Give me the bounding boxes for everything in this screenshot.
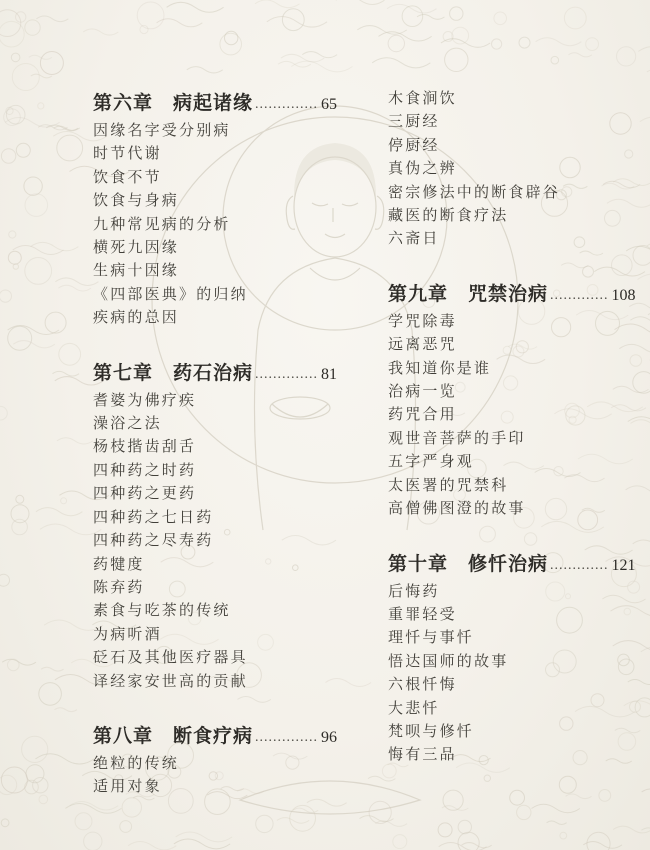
scroll-ornament: [24, 177, 42, 195]
scroll-ornament: [25, 20, 40, 35]
toc-item: 治病一览: [388, 381, 650, 404]
toc-item: 生病十因缘: [93, 260, 355, 283]
toc-item: 我知道你是谁: [388, 358, 650, 381]
scroll-ornament: [11, 53, 20, 62]
scroll-ornament: [128, 841, 176, 849]
toc-group: 第七章 药石治病..............81耆婆为佛疗疾澡浴之法杨枝揩齿刮舌…: [93, 358, 355, 694]
scroll-ornament: [452, 27, 469, 44]
toc-item: 九种常见病的分析: [93, 214, 355, 237]
scroll-ornament: [187, 67, 223, 73]
scroll-ornament: [517, 805, 531, 819]
scroll-ornament: [75, 813, 92, 830]
toc-item: 横死九因缘: [93, 237, 355, 260]
scroll-ornament: [564, 7, 586, 29]
scroll-ornament: [33, 778, 48, 793]
scroll-ornament: [307, 799, 347, 806]
toc-item: 大悲忏: [388, 698, 650, 721]
dot-leader: ..............: [255, 367, 318, 383]
toc-item: 药犍度: [93, 554, 355, 577]
toc-item: 后悔药: [388, 581, 650, 604]
toc-item: 太医署的咒禁科: [388, 475, 650, 498]
toc-item: 梵呗与修忏: [388, 721, 650, 744]
dot-leader: .............: [550, 288, 609, 304]
scroll-ornament: [122, 798, 141, 817]
scroll-ornament: [551, 56, 559, 64]
scroll-ornament: [441, 39, 490, 48]
scroll-ornament: [302, 52, 337, 58]
scroll-ornament: [599, 790, 611, 802]
toc-item: 译经家安世高的贡献: [93, 671, 355, 694]
scroll-ornament: [83, 29, 118, 35]
chapter-heading: 第六章 病起诸缘..............65: [93, 88, 355, 115]
toc-item: 远离恶咒: [388, 334, 650, 357]
scroll-ornament: [41, 667, 63, 671]
toc-item: 为病听酒: [93, 624, 355, 647]
scroll-ornament: [547, 821, 567, 825]
toc-group: 木食涧饮三厨经停厨经真伪之辨密宗修法中的断食辟谷藏医的断食疗法六斋日: [388, 88, 650, 252]
toc-item: 悟达国师的故事: [388, 651, 650, 674]
scroll-ornament: [438, 823, 452, 837]
scroll-ornament: [569, 53, 592, 57]
scroll-ornament: [36, 16, 68, 22]
scroll-ornament: [450, 7, 463, 20]
scroll-ornament: [29, 55, 52, 59]
toc-item: 真伪之辨: [388, 158, 650, 181]
scroll-ornament: [8, 326, 32, 350]
scroll-ornament: [0, 290, 12, 302]
scroll-ornament: [388, 35, 404, 51]
scroll-ornament: [372, 58, 430, 68]
chapter-title: 第九章 咒禁治病: [388, 279, 548, 306]
toc-item: 观世音菩萨的手印: [388, 428, 650, 451]
scroll-ornament: [256, 815, 273, 832]
scroll-ornament: [1, 149, 15, 163]
toc-item: 藏医的断食疗法: [388, 205, 650, 228]
scroll-ornament: [36, 508, 82, 516]
toc-column-right: 木食涧饮三厨经停厨经真伪之辨密宗修法中的断食辟谷藏医的断食疗法六斋日第九章 咒禁…: [388, 88, 650, 768]
scroll-ornament: [277, 818, 309, 824]
scroll-ornament: [1, 819, 9, 827]
chapter-title: 第十章 修忏治病: [388, 549, 548, 576]
chapter-title: 第六章 病起诸缘: [93, 88, 253, 115]
toc-item: 学咒除毒: [388, 311, 650, 334]
scroll-ornament: [613, 826, 650, 833]
scroll-ornament: [281, 54, 324, 62]
toc-item: 陈弃药: [93, 577, 355, 600]
scroll-ornament: [255, 0, 300, 8]
chapter-page-number: 121: [612, 557, 636, 575]
toc-item: 适用对象: [93, 776, 355, 799]
scroll-ornament: [8, 251, 21, 264]
toc-item: 药咒合用: [388, 404, 650, 427]
scroll-ornament: [638, 47, 650, 57]
toc-item: 耆婆为佛疗疾: [93, 390, 355, 413]
scroll-ornament: [484, 775, 490, 781]
scroll-ornament: [360, 816, 394, 822]
toc-item: 理忏与事忏: [388, 627, 650, 650]
scroll-ornament: [45, 312, 66, 333]
toc-item: 三厨经: [388, 111, 650, 134]
toc-item: 澡浴之法: [93, 413, 355, 436]
scroll-ornament: [25, 194, 48, 217]
toc-item: 因缘名字受分别病: [93, 120, 355, 143]
scroll-ornament: [39, 683, 62, 706]
chapter-heading: 第七章 药石治病..............81: [93, 358, 355, 385]
scroll-ornament: [617, 47, 636, 66]
scroll-ornament: [31, 74, 52, 78]
scroll-ornament: [55, 708, 77, 712]
scroll-ornament: [12, 64, 39, 91]
scroll-ornament: [536, 38, 582, 46]
scroll-ornament: [220, 33, 242, 55]
toc-item: 密宗修法中的断食辟谷: [388, 182, 650, 205]
scroll-ornament: [25, 258, 52, 285]
scroll-ornament: [22, 736, 48, 762]
scroll-ornament: [559, 776, 576, 793]
toc-item: 绝粒的传统: [93, 753, 355, 776]
scroll-ornament: [494, 12, 507, 25]
scroll-ornament: [368, 776, 395, 781]
dot-leader: ..............: [255, 97, 318, 113]
scroll-ornament: [84, 832, 102, 850]
chapter-page-number: 81: [321, 366, 337, 384]
chapter-page-number: 65: [321, 96, 337, 114]
toc-item: 五字严身观: [388, 451, 650, 474]
chapter-heading: 第九章 咒禁治病.............108: [388, 279, 650, 306]
scroll-ornament: [336, 0, 385, 4]
toc-item: 素食与吃茶的传统: [93, 600, 355, 623]
toc-item: 疾病的总因: [93, 307, 355, 330]
toc-item: 杨枝揩齿刮舌: [93, 436, 355, 459]
chapter-title: 第八章 断食疗病: [93, 721, 253, 748]
chapter-page-number: 108: [612, 287, 636, 305]
scroll-ornament: [458, 820, 471, 833]
toc-item: 高僧佛图澄的故事: [388, 498, 650, 521]
toc-item: 六斋日: [388, 228, 650, 251]
scroll-ornament: [445, 48, 468, 71]
scroll-ornament: [642, 789, 650, 795]
scroll-ornament: [11, 505, 29, 523]
scroll-ornament: [0, 574, 10, 586]
scroll-ornament: [16, 143, 30, 157]
toc-column-left: 第六章 病起诸缘..............65因缘名字受分别病时节代谢饮食不节…: [93, 88, 355, 800]
toc-item: 四种药之时药: [93, 460, 355, 483]
scroll-ornament: [532, 804, 580, 812]
toc-group: 第八章 断食疗病..............96绝粒的传统适用对象: [93, 721, 355, 800]
scroll-ornament: [510, 790, 525, 805]
scroll-ornament: [560, 832, 567, 839]
toc-item: 悔有三品: [388, 744, 650, 767]
toc-item: 饮食与身病: [93, 190, 355, 213]
scroll-ornament: [40, 52, 63, 75]
toc-item: 停厨经: [388, 135, 650, 158]
scroll-ornament: [379, 32, 432, 41]
scroll-ornament: [417, 14, 444, 19]
scroll-ornament: [519, 37, 530, 48]
dot-leader: .............: [550, 558, 609, 574]
scroll-ornament: [1, 767, 27, 793]
chapter-heading: 第十章 修忏治病.............121: [388, 549, 650, 576]
book-toc-page: { "page": { "type": "table-of-contents-s…: [0, 0, 650, 850]
toc-item: 饮食不节: [93, 167, 355, 190]
toc-item: 时节代谢: [93, 143, 355, 166]
chapter-page-number: 96: [321, 729, 337, 747]
scroll-ornament: [176, 832, 232, 842]
scroll-ornament: [583, 842, 622, 849]
toc-item: 四种药之尽寿药: [93, 530, 355, 553]
toc-group: 第十章 修忏治病.............121后悔药重罪轻受理忏与事忏悟达国师…: [388, 549, 650, 768]
scroll-ornament: [13, 264, 18, 269]
scroll-ornament: [38, 103, 44, 109]
toc-group: 第六章 病起诸缘..............65因缘名字受分别病时节代谢饮食不节…: [93, 88, 355, 331]
toc-item: 木食涧饮: [388, 88, 650, 111]
scroll-ornament: [267, 17, 327, 28]
scroll-ornament: [39, 795, 48, 804]
toc-item: 重罪轻受: [388, 604, 650, 627]
chapter-heading: 第八章 断食疗病..............96: [93, 721, 355, 748]
scroll-ornament: [458, 832, 479, 850]
toc-item: 《四部医典》的归纳: [93, 284, 355, 307]
toc-group: 第九章 咒禁治病.............108学咒除毒远离恶咒我知道你是谁治病…: [388, 279, 650, 522]
dot-leader: ..............: [255, 730, 318, 746]
scroll-ornament: [61, 498, 67, 504]
scroll-ornament: [120, 821, 132, 833]
scroll-ornament: [462, 843, 492, 848]
scroll-ornament: [12, 519, 28, 535]
scroll-ornament: [0, 406, 7, 420]
scroll-ornament: [174, 839, 230, 849]
scroll-ornament: [57, 135, 83, 161]
scroll-ornament: [167, 2, 224, 12]
toc-item: 六根忏悔: [388, 674, 650, 697]
chapter-title: 第七章 药石治病: [93, 358, 253, 385]
scroll-ornament: [393, 835, 407, 849]
scroll-ornament: [59, 343, 81, 365]
scroll-ornament: [13, 246, 64, 255]
scroll-ornament: [9, 231, 16, 238]
scroll-ornament: [16, 495, 24, 503]
scroll-ornament: [57, 438, 93, 444]
scroll-ornament: [137, 2, 164, 29]
scroll-ornament: [55, 278, 98, 286]
toc-item: 四种药之七日药: [93, 507, 355, 530]
toc-item: 四种药之更药: [93, 483, 355, 506]
scroll-ornament: [492, 39, 502, 49]
scroll-ornament: [58, 285, 91, 291]
scroll-ornament: [13, 341, 55, 348]
scroll-ornament: [586, 38, 599, 51]
scroll-ornament: [53, 371, 80, 376]
toc-item: 砭石及其他医疗器具: [93, 647, 355, 670]
scroll-ornament: [566, 794, 592, 799]
